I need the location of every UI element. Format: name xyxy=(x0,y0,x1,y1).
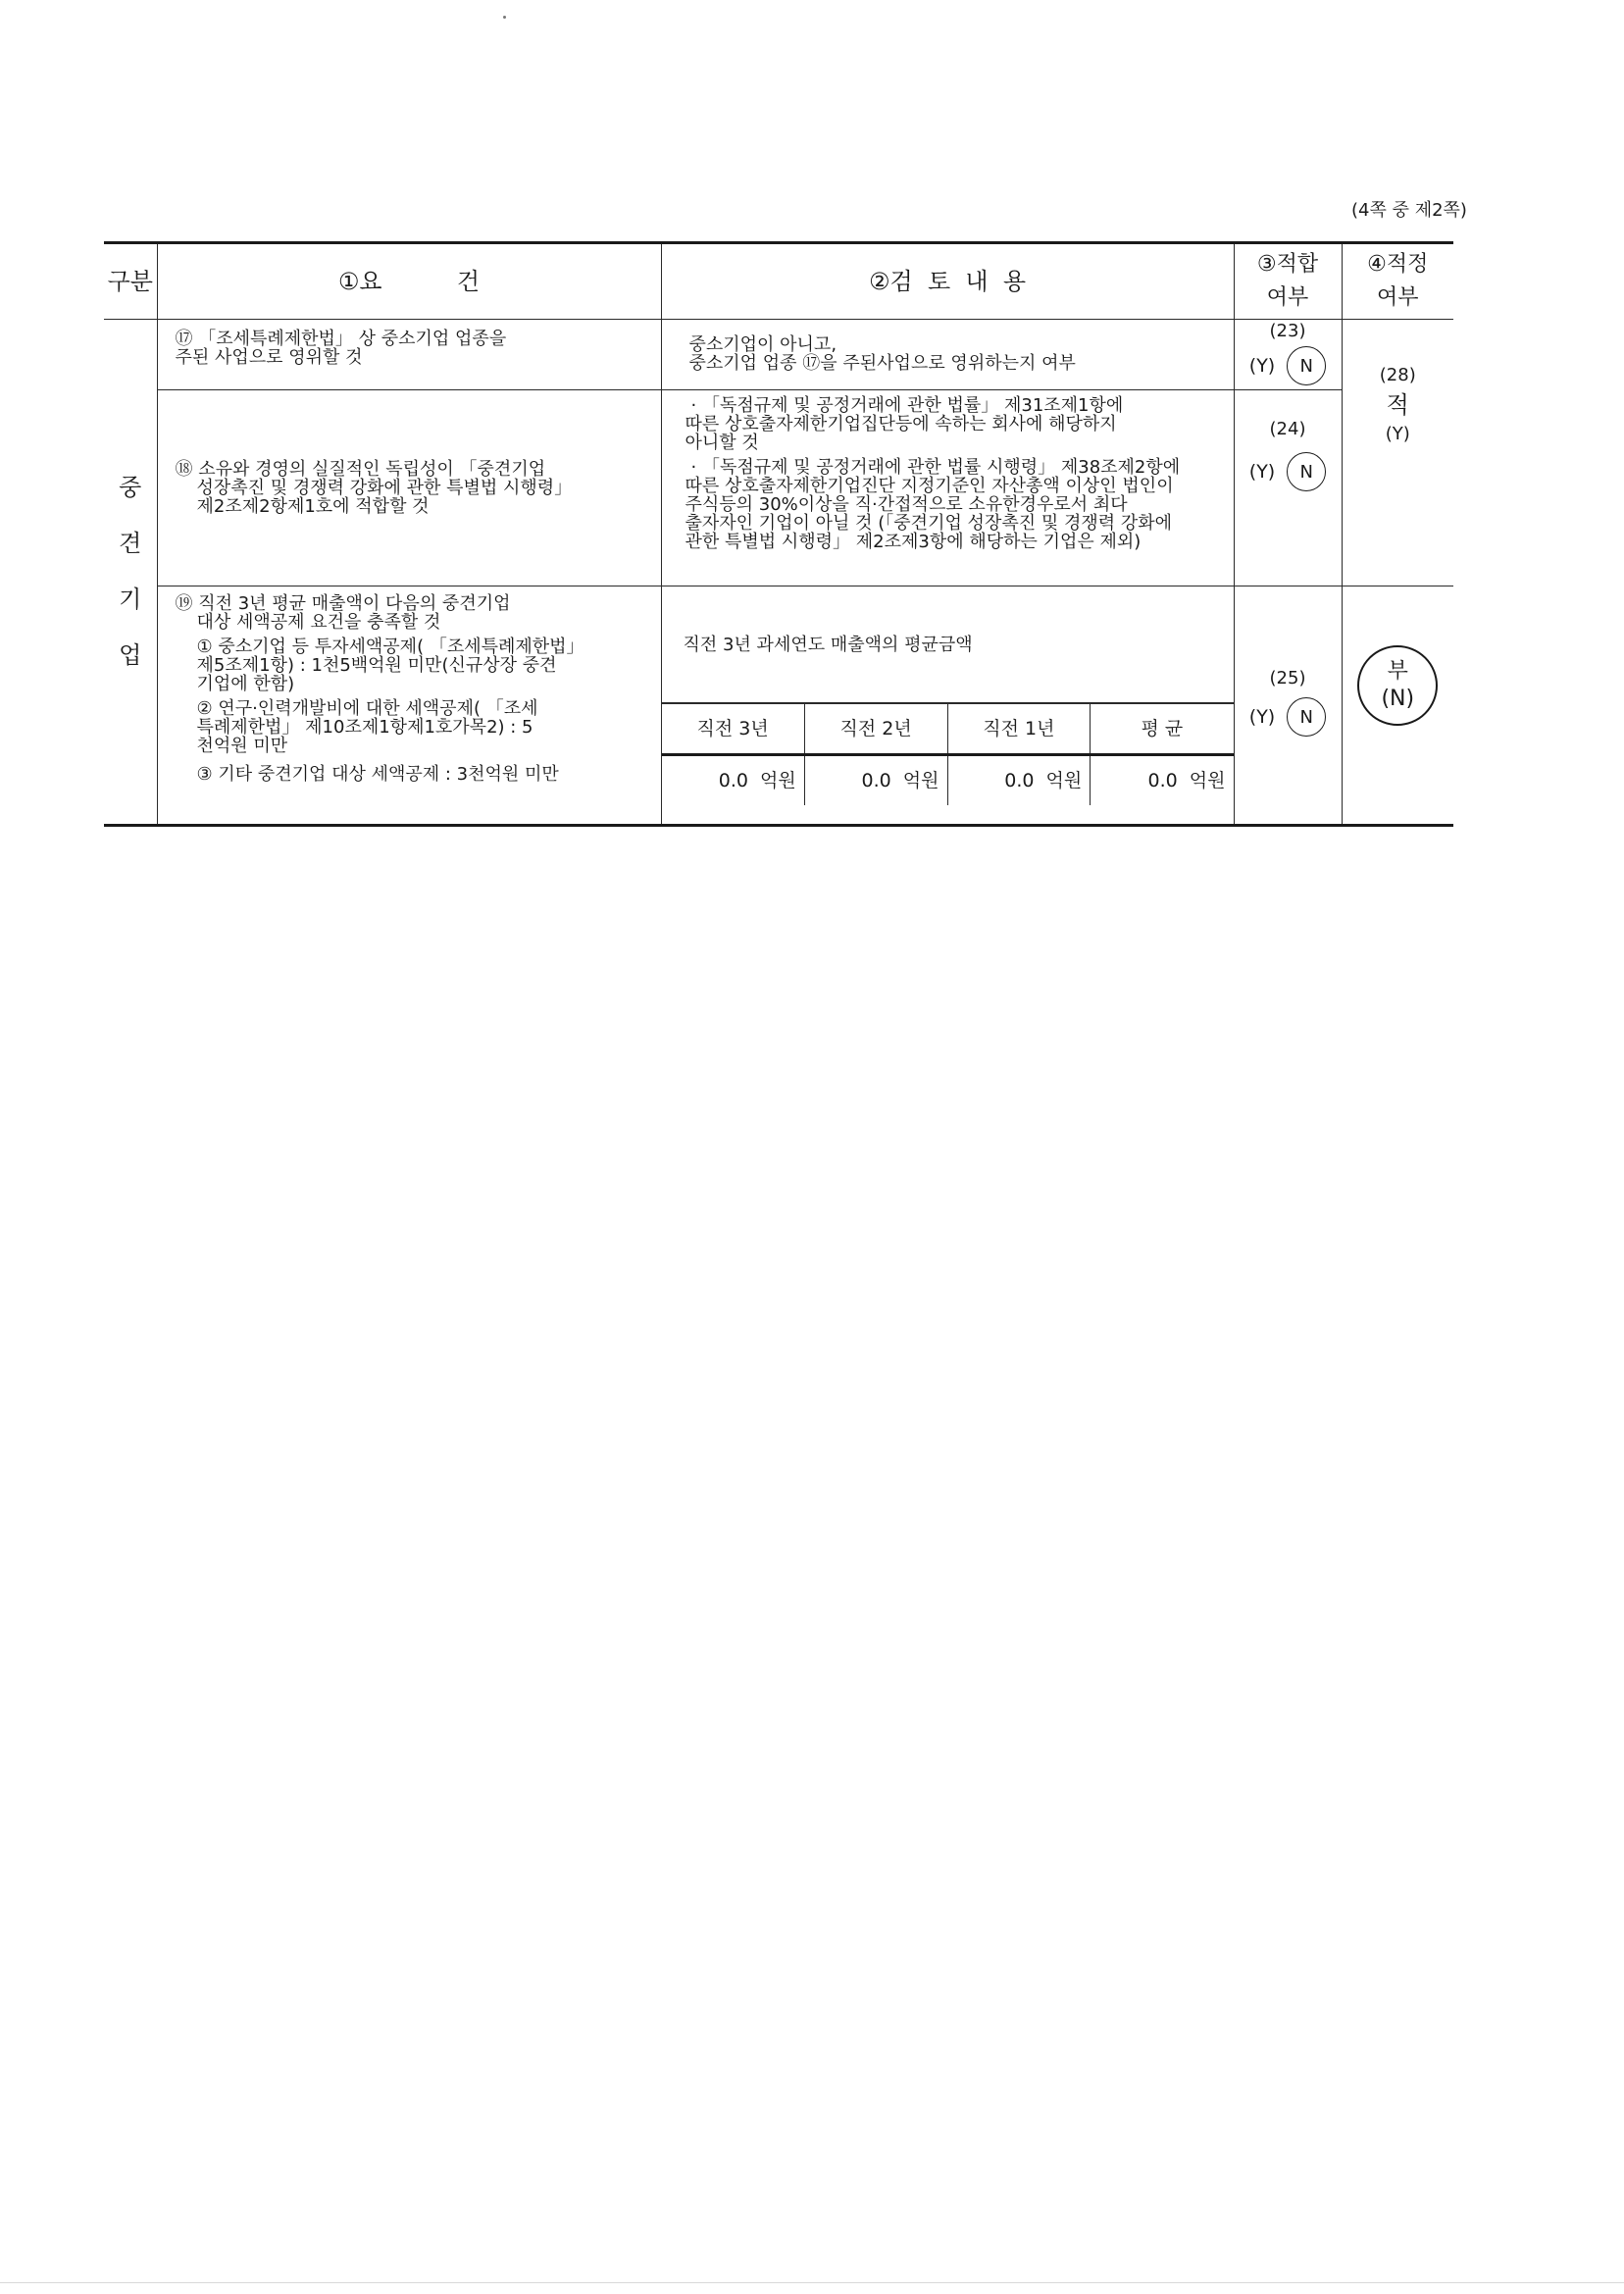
review-line: 주식등의 30%이상을 직·간접적으로 소유한경우로서 최다 xyxy=(685,495,1224,514)
scan-edge-line xyxy=(0,2282,1624,2283)
requirement-cell: ⑱ 소유와 경영의 실질적인 독립성이 「중견기업 성장촉진 및 경쟁력 강화에… xyxy=(157,390,661,586)
sales-value-avg: 0.0 억원 xyxy=(1091,755,1234,806)
final-value-upper: 적 xyxy=(1343,390,1454,420)
header-final-line1: ④적정 xyxy=(1343,248,1454,281)
header-fit: ③적합 여부 xyxy=(1234,243,1342,320)
fit-cell: (24) (Y) N xyxy=(1234,390,1342,586)
requirement-subitem-2: ② 연구·인력개발비에 대한 세액공제( 「조세 특례제한법」 제10조제1항제… xyxy=(197,699,649,755)
fit-cell: (23) (Y) N xyxy=(1234,320,1342,390)
final-code: (28) xyxy=(1343,361,1454,390)
review-line: 따른 상호출자제한기업집단등에 속하는 회사에 해당하지 xyxy=(685,415,1224,433)
subitem-line: ③ 기타 중견기업 대상 세액공제 : 3천억원 미만 xyxy=(197,765,649,784)
requirement-subitem-1: ① 중소기업 등 투자세액공제( 「조세특례제한법」 제5조제1항) : 1천5… xyxy=(197,637,649,693)
fit-yes-option[interactable]: (Y) xyxy=(1249,463,1275,482)
header-fit-line2: 여부 xyxy=(1235,281,1342,315)
sales-header: 평 균 xyxy=(1091,703,1234,755)
header-category: 구분 xyxy=(104,243,157,320)
subitem-line: ② 연구·인력개발비에 대한 세액공제( 「조세 xyxy=(197,699,649,718)
fit-cell: (25) (Y) N xyxy=(1234,586,1342,826)
requirement-line: ⑱ 소유와 경영의 실질적인 독립성이 「중견기업 xyxy=(176,460,649,479)
header-final-line2: 여부 xyxy=(1343,281,1454,315)
fit-code: (25) xyxy=(1235,669,1342,688)
final-fit-upper-cell: (28) 적 (Y) xyxy=(1342,320,1453,586)
review-cell: 중소기업이 아니고, 중소기업 업종 ⑰을 주된사업으로 영위하는지 여부 xyxy=(661,320,1234,390)
review-line: 아니할 것 xyxy=(685,433,1224,452)
category-char: 업 xyxy=(104,646,157,665)
fit-no-option-selected[interactable]: N xyxy=(1287,346,1326,385)
requirement-line: 제2조제2항제1호에 적합할 것 xyxy=(176,497,649,516)
requirement-line: ⑰ 「조세특례제한법」 상 중소기업 업종을 xyxy=(176,330,649,348)
final-yn-lower: (N) xyxy=(1381,686,1414,713)
sales-value-2y: 0.0 억원 xyxy=(804,755,947,806)
fit-code: (24) xyxy=(1235,420,1342,438)
header-fit-line1: ③적합 xyxy=(1235,248,1342,281)
fit-yes-option[interactable]: (Y) xyxy=(1249,708,1275,727)
fit-no-option-selected[interactable]: N xyxy=(1287,452,1326,491)
requirement-line: 성장촉진 및 경쟁력 강화에 관한 특별법 시행령」 xyxy=(176,479,649,497)
subitem-line: 제5조제1항) : 1천5백억원 미만(신규상장 중견 xyxy=(197,656,649,675)
requirement-cell: ⑰ 「조세특례제한법」 상 중소기업 업종을 주된 사업으로 영위할 것 xyxy=(157,320,661,390)
review-line: 관한 특별법 시행령」 제2조제3항에 해당하는 기업은 제외) xyxy=(685,533,1224,551)
sales-value-1y: 0.0 억원 xyxy=(947,755,1091,806)
header-final: ④적정 여부 xyxy=(1342,243,1453,320)
review-line: · 「독점규제 및 공정거래에 관한 법률 시행령」 제38조제2항에 xyxy=(685,458,1224,477)
review-title: 직전 3년 과세연도 매출액의 평균금액 xyxy=(662,586,1234,702)
table-row: ⑱ 소유와 경영의 실질적인 독립성이 「중견기업 성장촉진 및 경쟁력 강화에… xyxy=(104,390,1453,586)
review-line: 출자자인 기업이 아닐 것 (「중견기업 성장촉진 및 경쟁력 강화에 xyxy=(685,514,1224,533)
sales-header: 직전 1년 xyxy=(947,703,1091,755)
category-char: 견 xyxy=(104,535,157,553)
subitem-line: ① 중소기업 등 투자세액공제( 「조세특례제한법」 xyxy=(197,637,649,656)
table-row: 중 견 기 업 ⑰ 「조세특례제한법」 상 중소기업 업종을 주된 사업으로 영… xyxy=(104,320,1453,390)
header-review: ②검 토 내 용 xyxy=(661,243,1234,320)
final-yn-upper: (Y) xyxy=(1343,420,1454,449)
sales-header-row: 직전 3년 직전 2년 직전 1년 평 균 xyxy=(662,703,1234,755)
subitem-line: 천억원 미만 xyxy=(197,737,649,755)
requirement-cell: ⑲ 직전 3년 평균 매출액이 다음의 중견기업 대상 세액공제 요건을 충족할… xyxy=(157,586,661,826)
header-row: 구분 ①요 건 ②검 토 내 용 ③적합 여부 ④적정 여부 xyxy=(104,243,1453,320)
sales-header: 직전 2년 xyxy=(804,703,947,755)
sales-header: 직전 3년 xyxy=(662,703,805,755)
final-result-circle[interactable]: 부 (N) xyxy=(1357,645,1438,726)
category-char: 기 xyxy=(104,590,157,609)
fit-no-option-selected[interactable]: N xyxy=(1287,697,1326,737)
requirement-subitem-3: ③ 기타 중견기업 대상 세액공제 : 3천억원 미만 xyxy=(197,765,649,784)
mid-sized-enterprise-review-table: 구분 ①요 건 ②검 토 내 용 ③적합 여부 ④적정 여부 중 견 기 업 ⑰… xyxy=(104,241,1453,827)
requirement-line: 대상 세액공제 요건을 충족할 것 xyxy=(176,613,649,632)
requirement-line: 주된 사업으로 영위할 것 xyxy=(176,348,649,367)
review-line: 중소기업이 아니고, xyxy=(689,335,1224,354)
page-number-label: (4쪽 중 제2쪽) xyxy=(1351,196,1467,222)
review-line: 중소기업 업종 ⑰을 주된사업으로 영위하는지 여부 xyxy=(689,354,1224,373)
final-value-lower: 부 xyxy=(1388,658,1408,686)
scan-speck xyxy=(503,16,506,19)
category-char: 중 xyxy=(104,479,157,497)
table-row: ⑲ 직전 3년 평균 매출액이 다음의 중견기업 대상 세액공제 요건을 충족할… xyxy=(104,586,1453,826)
category-cell: 중 견 기 업 xyxy=(104,320,157,826)
fit-code: (23) xyxy=(1235,322,1342,340)
final-fit-lower-cell: 부 (N) xyxy=(1342,586,1453,826)
fit-yes-option[interactable]: (Y) xyxy=(1249,357,1275,376)
review-line: · 「독점규제 및 공정거래에 관한 법률」 제31조제1항에 xyxy=(685,396,1224,415)
sales-table: 직전 3년 직전 2년 직전 1년 평 균 0.0 억원 0.0 억원 0.0 … xyxy=(662,702,1234,805)
review-cell: 직전 3년 과세연도 매출액의 평균금액 직전 3년 직전 2년 직전 1년 평… xyxy=(661,586,1234,826)
subitem-line: 특례제한법」 제10조제1항제1호가목2) : 5 xyxy=(197,718,649,737)
subitem-line: 기업에 한함) xyxy=(197,675,649,693)
header-requirement: ①요 건 xyxy=(157,243,661,320)
sales-value-3y: 0.0 억원 xyxy=(662,755,805,806)
review-cell: · 「독점규제 및 공정거래에 관한 법률」 제31조제1항에 따른 상호출자제… xyxy=(661,390,1234,586)
review-line: 따른 상호출자제한기업진단 지정기준인 자산총액 이상인 법인이 xyxy=(685,477,1224,495)
requirement-line: ⑲ 직전 3년 평균 매출액이 다음의 중견기업 xyxy=(176,594,649,613)
sales-value-row: 0.0 억원 0.0 억원 0.0 억원 0.0 억원 xyxy=(662,755,1234,806)
